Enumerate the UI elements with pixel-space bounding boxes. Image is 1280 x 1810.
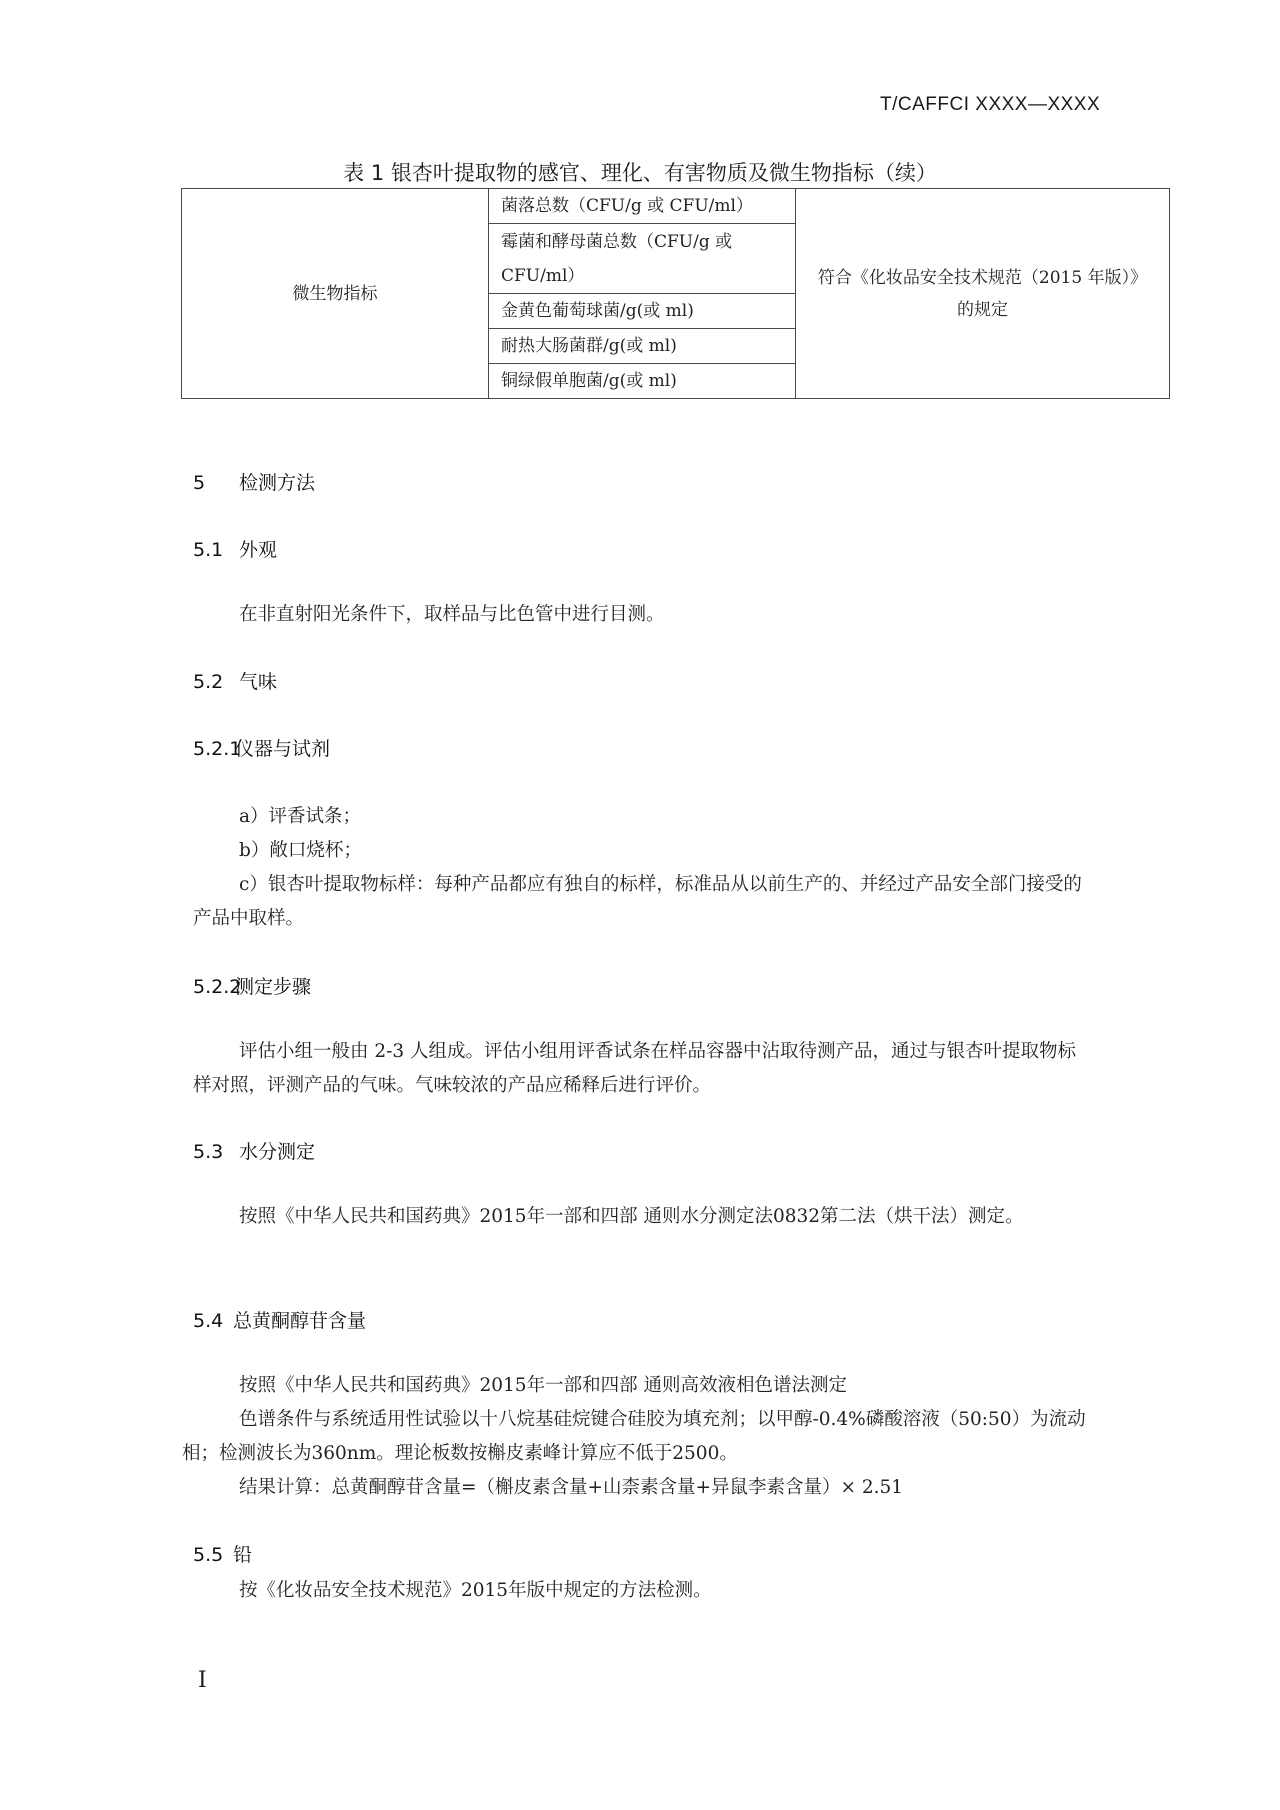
section-heading-5-2: 5.2气味 xyxy=(193,667,277,694)
section-heading-5-2-1: 5.2.1仪器与试剂 xyxy=(193,734,330,761)
section-heading-5-5: 5.5铅 xyxy=(193,1540,252,1567)
table-item-cell: 金黄色葡萄球菌/g(或 ml) xyxy=(489,294,796,329)
requirement-line-1: 符合《化妆品安全技术规范（2015 年版）》 xyxy=(808,262,1157,294)
table-category-cell: 微生物指标 xyxy=(182,189,489,399)
section-heading-5-3: 5.3水分测定 xyxy=(193,1137,315,1164)
section-heading-5-1: 5.1外观 xyxy=(193,535,277,562)
section-heading-5: 5检测方法 xyxy=(193,468,315,495)
document-code: T/CAFFCI XXXX—XXXX xyxy=(880,94,1100,116)
section-5-5-text: 按《化妆品安全技术规范》2015年版中规定的方法检测。 xyxy=(239,1574,712,1608)
list-item-a: a）评香试条； xyxy=(239,800,361,834)
requirement-line-2: 的规定 xyxy=(808,294,1157,326)
section-5-4-text-3: 结果计算：总黄酮醇苷含量=（槲皮素含量+山柰素含量+异鼠李素含量）× 2.51 xyxy=(239,1471,903,1505)
section-heading-5-2-2: 5.2.2测定步骤 xyxy=(193,972,311,999)
table-title: 表 1 银杏叶提取物的感官、理化、有害物质及微生物指标（续） xyxy=(0,157,1280,187)
table-item-cell: 霉菌和酵母菌总数（CFU/g 或 CFU/ml） xyxy=(489,224,796,294)
page-number: I xyxy=(198,1668,207,1693)
table-item-cell: 铜绿假单胞菌/g(或 ml) xyxy=(489,364,796,399)
section-5-1-text: 在非直射阳光条件下，取样品与比色管中进行目测。 xyxy=(239,598,665,632)
list-item-c: c）银杏叶提取物标样：每种产品都应有独自的标样，标准品从以前生产的、并经过产品安… xyxy=(193,868,1088,936)
spec-table: 微生物指标 菌落总数（CFU/g 或 CFU/ml） 符合《化妆品安全技术规范（… xyxy=(181,188,1170,399)
table-requirement-cell: 符合《化妆品安全技术规范（2015 年版）》 的规定 xyxy=(796,189,1170,399)
table-item-cell: 耐热大肠菌群/g(或 ml) xyxy=(489,329,796,364)
section-heading-5-4: 5.4总黄酮醇苷含量 xyxy=(193,1306,366,1333)
section-5-2-2-text: 评估小组一般由 2-3 人组成。评估小组用评香试条在样品容器中沾取待测产品，通过… xyxy=(193,1035,1088,1103)
section-5-4-text-1: 按照《中华人民共和国药典》2015年一部和四部 通则高效液相色谱法测定 xyxy=(239,1369,847,1403)
list-item-b: b）敞口烧杯； xyxy=(239,834,362,868)
section-5-4-text-2: 色谱条件与系统适用性试验以十八烷基硅烷键合硅胶为填充剂；以甲醇-0.4%磷酸溶液… xyxy=(182,1403,1088,1471)
section-5-3-text: 按照《中华人民共和国药典》2015年一部和四部 通则水分测定法0832第二法（烘… xyxy=(193,1200,1088,1234)
table-item-cell: 菌落总数（CFU/g 或 CFU/ml） xyxy=(489,189,796,224)
